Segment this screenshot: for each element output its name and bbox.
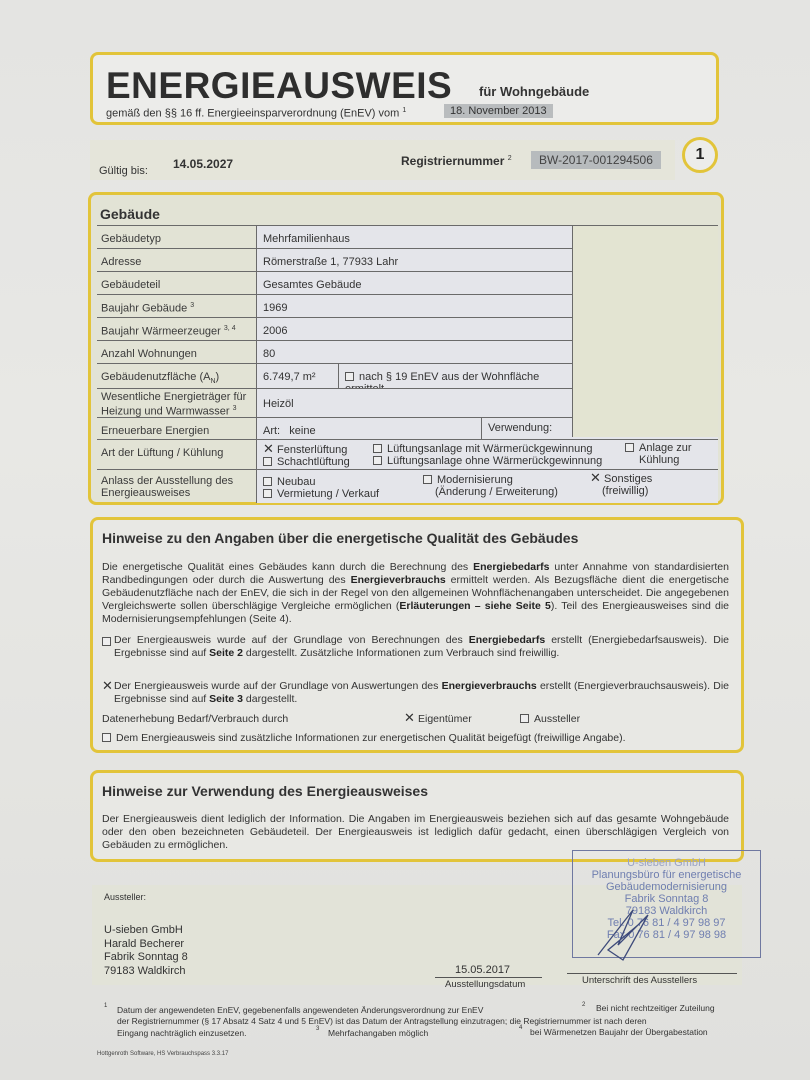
footnote-4-marker: 4 — [519, 1023, 522, 1036]
checkbox-icon — [345, 372, 354, 381]
issuer-label: Aussteller: — [104, 892, 146, 902]
row-value: Mehrfamilienhaus — [256, 226, 579, 248]
option-aussteller[interactable]: Aussteller — [520, 713, 580, 726]
table-row: Baujahr Wärmeerzeuger 3, 4 2006 — [97, 317, 579, 340]
issue-date: 15.05.2017 — [455, 964, 510, 976]
occasion-row: Anlass der Ausstellung des Energieauswei… — [97, 469, 718, 503]
data-collection-label: Datenerhebung Bedarf/Verbrauch durch — [102, 713, 288, 725]
checked-x-icon: ✕ — [102, 681, 112, 691]
checkbox-icon — [520, 714, 529, 723]
issue-date-label: Ausstellungsdatum — [445, 979, 525, 990]
checked-x-icon: ✕ — [404, 713, 414, 723]
checkbox-icon — [263, 489, 272, 498]
quality-notes-section: Hinweise zu den Angaben über die energet… — [90, 517, 744, 753]
option-fensterlueftung[interactable]: ✕Fensterlüftung — [263, 444, 347, 456]
row-label: Baujahr Gebäude 3 — [97, 295, 194, 315]
building-section-title: Gebäude — [100, 206, 160, 222]
option-additional-info[interactable]: Dem Energieausweis sind zusätzliche Info… — [102, 732, 729, 745]
footnote-1-marker: 1 — [104, 1001, 107, 1014]
row-value: Römerstraße 1, 77933 Lahr — [256, 249, 579, 271]
footnote-2c: Eingang nachträglich einzusetzen. — [117, 1028, 246, 1039]
usage-notes-text: Der Energieausweis dient lediglich der I… — [102, 813, 729, 852]
option-eigentuemer[interactable]: ✕Eigentümer — [404, 713, 472, 726]
footnote-2b: der Registriernummer (§ 17 Absatz 4 Satz… — [117, 1016, 647, 1027]
valid-until-value: 14.05.2027 — [173, 157, 233, 171]
table-row: Baujahr Gebäude 3 1969 — [97, 294, 579, 317]
option-sonstiges[interactable]: ✕Sonstiges(freiwillig) — [590, 473, 652, 497]
option-lueftung-mit-wrg[interactable]: Lüftungsanlage mit Wärmerückgewinnung — [373, 443, 592, 455]
table-row: Adresse Römerstraße 1, 77933 Lahr — [97, 248, 579, 271]
checkbox-icon — [423, 475, 432, 484]
footnote-2a: Bei nicht rechtzeitiger Zuteilung — [596, 1003, 715, 1014]
row-value: 1969 — [256, 295, 579, 317]
footnote-3-marker: 3 — [316, 1024, 319, 1037]
row-label: Anzahl Wohnungen — [97, 341, 197, 360]
usage-notes-title: Hinweise zur Verwendung des Energieauswe… — [102, 783, 428, 799]
checkbox-icon — [373, 456, 382, 465]
option-neubau[interactable]: Neubau — [263, 476, 316, 488]
legal-basis: gemäß den §§ 16 ff. Energieeinsparverord… — [106, 107, 406, 120]
wohnflaeche-option[interactable]: nach § 19 EnEV aus der Wohnfläche ermitt… — [338, 364, 579, 388]
checkbox-icon — [263, 457, 272, 466]
usage-notes-section: Hinweise zur Verwendung des Energieauswe… — [90, 770, 744, 862]
option-lueftung-ohne-wrg[interactable]: Lüftungsanlage ohne Wärmerückgewinnung — [373, 455, 602, 467]
header-box: ENERGIEAUSWEIS für Wohngebäude gemäß den… — [90, 52, 719, 125]
footnote-2-marker: 2 — [582, 1000, 585, 1013]
row-value: 80 — [256, 341, 579, 363]
validity-row: Gültig bis: 14.05.2027 Registriernummer … — [90, 140, 675, 180]
row-label: Gebäudeteil — [97, 272, 160, 291]
occasion-options: Neubau Vermietung / Verkauf Modernisieru… — [256, 470, 718, 503]
row-value: Heizöl — [256, 389, 579, 417]
row-label: Gebäudenutzfläche (AN) — [97, 364, 219, 385]
checkbox-icon — [102, 637, 111, 646]
valid-until-label: Gültig bis: — [99, 165, 148, 177]
quality-intro: Die energetische Qualität eines Gebäudes… — [102, 561, 729, 626]
row-value: 2006 — [256, 318, 579, 340]
signature-label: Unterschrift des Ausstellers — [582, 975, 697, 986]
table-row: Gebäudetyp Mehrfamilienhaus — [97, 225, 579, 248]
footnote-3: Mehrfachangaben möglich — [328, 1028, 428, 1039]
document-page: ENERGIEAUSWEIS für Wohngebäude gemäß den… — [0, 0, 810, 1080]
checkbox-icon — [373, 444, 382, 453]
option-vermietung[interactable]: Vermietung / Verkauf — [263, 488, 379, 500]
registration-number: BW-2017-001294506 — [531, 151, 661, 169]
row-label: Anlass der Ausstellung des Energieauswei… — [97, 470, 252, 499]
footnote-4: bei Wärmenetzen Baujahr der Übergabestat… — [530, 1027, 708, 1038]
checked-x-icon: ✕ — [590, 473, 600, 483]
checkbox-icon — [102, 733, 111, 742]
registration-label: Registriernummer 2 — [401, 154, 512, 168]
page-number-badge: 1 — [682, 137, 718, 173]
issuer-address: U-sieben GmbH Harald Becherer Fabrik Son… — [104, 924, 188, 978]
footnote-1: Datum der angewendeten EnEV, gegebenenfa… — [117, 1005, 483, 1016]
building-photo-placeholder — [572, 225, 718, 437]
renewable-art: Art: keine — [256, 418, 481, 439]
option-modernisierung[interactable]: Modernisierung(Änderung / Erweiterung) — [423, 474, 558, 498]
document-subtitle: für Wohngebäude — [479, 84, 589, 99]
table-row: Wesentliche Energieträger für Heizung un… — [97, 388, 579, 417]
option-schachtlueftung[interactable]: Schachtlüftung — [263, 456, 350, 468]
row-value: 6.749,7 m² — [256, 364, 338, 388]
table-row: Gebäudeteil Gesamtes Gebäude — [97, 271, 579, 294]
row-label: Adresse — [97, 249, 141, 268]
issue-date-line — [435, 977, 542, 978]
row-label: Baujahr Wärmeerzeuger 3, 4 — [97, 318, 236, 338]
table-row: Gebäudenutzfläche (AN) 6.749,7 m² nach §… — [97, 363, 579, 388]
row-label: Wesentliche Energieträger für Heizung un… — [97, 389, 252, 418]
option-kuehlung[interactable]: Anlage zurKühlung — [625, 442, 692, 466]
enev-date: 18. November 2013 — [444, 104, 553, 118]
ventilation-options: ✕Fensterlüftung Schachtlüftung Lüftungsa… — [256, 440, 718, 469]
checkbox-icon — [625, 443, 634, 452]
checked-x-icon: ✕ — [263, 444, 273, 454]
option-bedarfsausweis[interactable]: Der Energieausweis wurde auf der Grundla… — [102, 634, 729, 660]
row-label: Gebäudetyp — [97, 226, 161, 245]
signature-icon — [588, 895, 668, 970]
row-label: Erneuerbare Energien — [97, 418, 209, 437]
table-row: Anzahl Wohnungen 80 — [97, 340, 579, 363]
quality-notes-title: Hinweise zu den Angaben über die energet… — [102, 530, 578, 546]
checkbox-icon — [263, 477, 272, 486]
data-collection-row: Datenerhebung Bedarf/Verbrauch durch ✕Ei… — [102, 713, 729, 726]
ventilation-row: Art der Lüftung / Kühlung ✕Fensterlüftun… — [97, 439, 718, 469]
row-label: Art der Lüftung / Kühlung — [97, 440, 223, 459]
software-credit: Hottgenroth Software, HS Verbrauchspass … — [97, 1051, 228, 1057]
building-section: Gebäude Gebäudetyp Mehrfamilienhaus Adre… — [88, 192, 724, 505]
option-verbrauchsausweis[interactable]: ✕Der Energieausweis wurde auf der Grundl… — [102, 680, 729, 706]
document-title: ENERGIEAUSWEIS — [106, 65, 452, 107]
row-value: Gesamtes Gebäude — [256, 272, 579, 294]
signature-line — [567, 973, 737, 974]
